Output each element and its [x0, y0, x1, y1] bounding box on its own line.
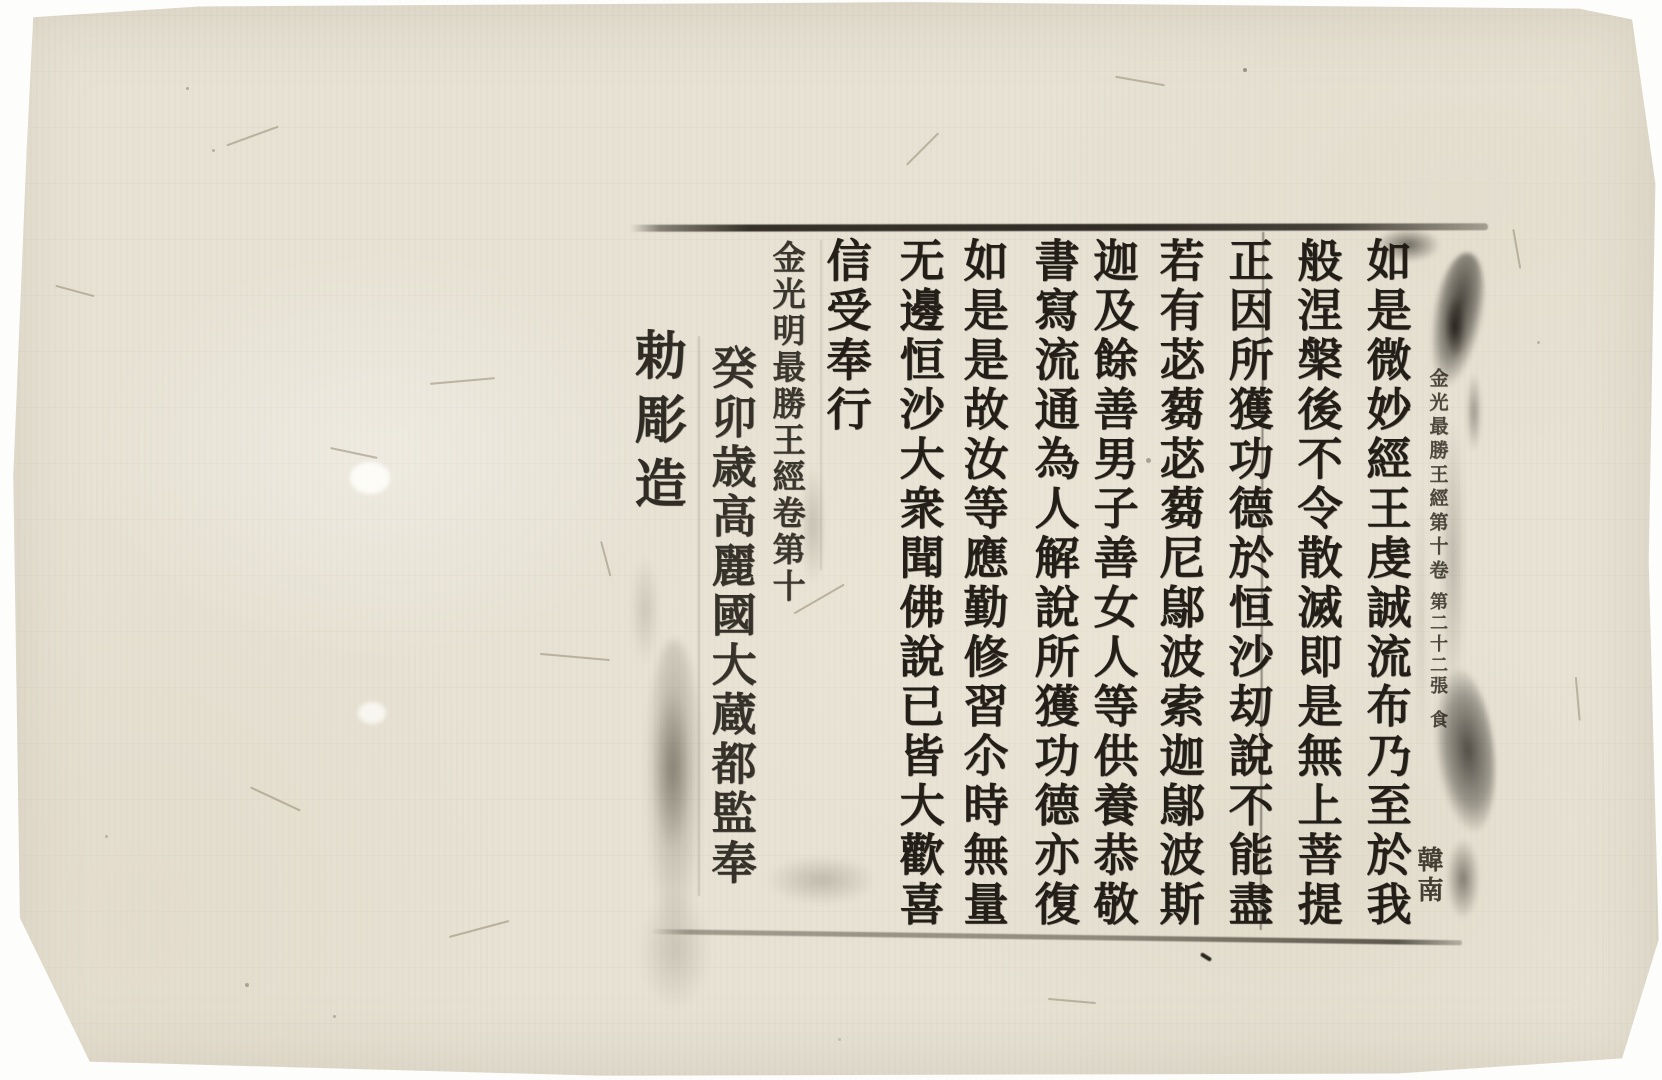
block-bottom-border-line [650, 929, 1462, 945]
ink-smudge [800, 465, 826, 585]
ink-speck [1243, 68, 1247, 72]
block-top-border-line [630, 223, 1488, 231]
ink-speck [186, 87, 189, 90]
paper-fiber [540, 653, 610, 661]
ink-speck [212, 149, 215, 152]
ink-speck [1146, 458, 1151, 463]
ink-speck [1537, 341, 1540, 344]
carver-name: 韓南 [1415, 846, 1441, 906]
ink-smudge [1416, 470, 1426, 760]
ink-speck [838, 1038, 841, 1041]
sutra-text-column: 无邊恒沙大衆聞佛說已皆大歡喜 [896, 237, 941, 930]
ink-smudge [1440, 420, 1466, 700]
paper-fiber [449, 920, 509, 937]
paper-fiber [250, 786, 300, 811]
ink-smudge [630, 555, 660, 665]
ink-smudge [1444, 296, 1466, 358]
paper-fiber [601, 541, 612, 576]
paper-fiber [226, 126, 278, 146]
sutra-text-column: 迦及餘善男子善女人等供養恭敬 [1090, 237, 1135, 930]
colophon-date-column: 癸卯歳高麗國大蔵都監奉 [708, 344, 753, 889]
ink-smudge [640, 890, 710, 1010]
ink-smudge [1376, 228, 1440, 262]
paper-sheet: 如是微妙經王虔誠流布乃至於我 般涅槃後不令散滅即是無上菩提 正因所獲功德於恒沙刧… [0, 0, 1662, 1080]
paper-highlight [350, 462, 390, 494]
ink-speck [245, 983, 249, 987]
paper-fiber [1048, 998, 1096, 1004]
sutra-text-column: 如是微妙經王虔誠流布乃至於我 [1363, 237, 1408, 930]
paper-fiber [1575, 677, 1580, 721]
sutra-text-column: 般涅槃後不令散滅即是無上菩提 [1294, 237, 1339, 930]
paper-fiber [55, 285, 94, 297]
ink-smudge [1466, 372, 1482, 452]
ink-smudge [768, 856, 875, 904]
ink-smudge [1446, 838, 1480, 920]
ink-speck [333, 1015, 336, 1018]
paper-fiber [906, 132, 939, 165]
paper-fiber [1513, 229, 1521, 269]
ink-speck [1200, 952, 1212, 962]
ink-speck [105, 835, 108, 838]
sutra-text-column: 正因所獲功德於恒沙刧說不能盡 [1225, 237, 1270, 930]
sutra-text-column: 如是是故汝等應勤修習尒時無量 [960, 237, 1005, 930]
sutra-text-column: 若有苾蒭苾蒭尼鄔波索迦鄔波斯 [1156, 237, 1201, 930]
paper-fiber [430, 377, 495, 384]
paper-fiber [330, 447, 377, 458]
end-title-column: 金光明最勝王經卷第十 [771, 240, 804, 605]
colophon-edict-column: 勅彫造 [629, 328, 681, 520]
paper-fiber [1115, 76, 1165, 86]
closing-line-column: 信受奉行 [823, 237, 868, 435]
paper-highlight [358, 702, 386, 724]
ink-smudge [652, 690, 692, 850]
ink-smudge [1428, 665, 1503, 835]
sutra-text-column: 書寫流通為人解說所獲功德亦復 [1031, 237, 1076, 930]
